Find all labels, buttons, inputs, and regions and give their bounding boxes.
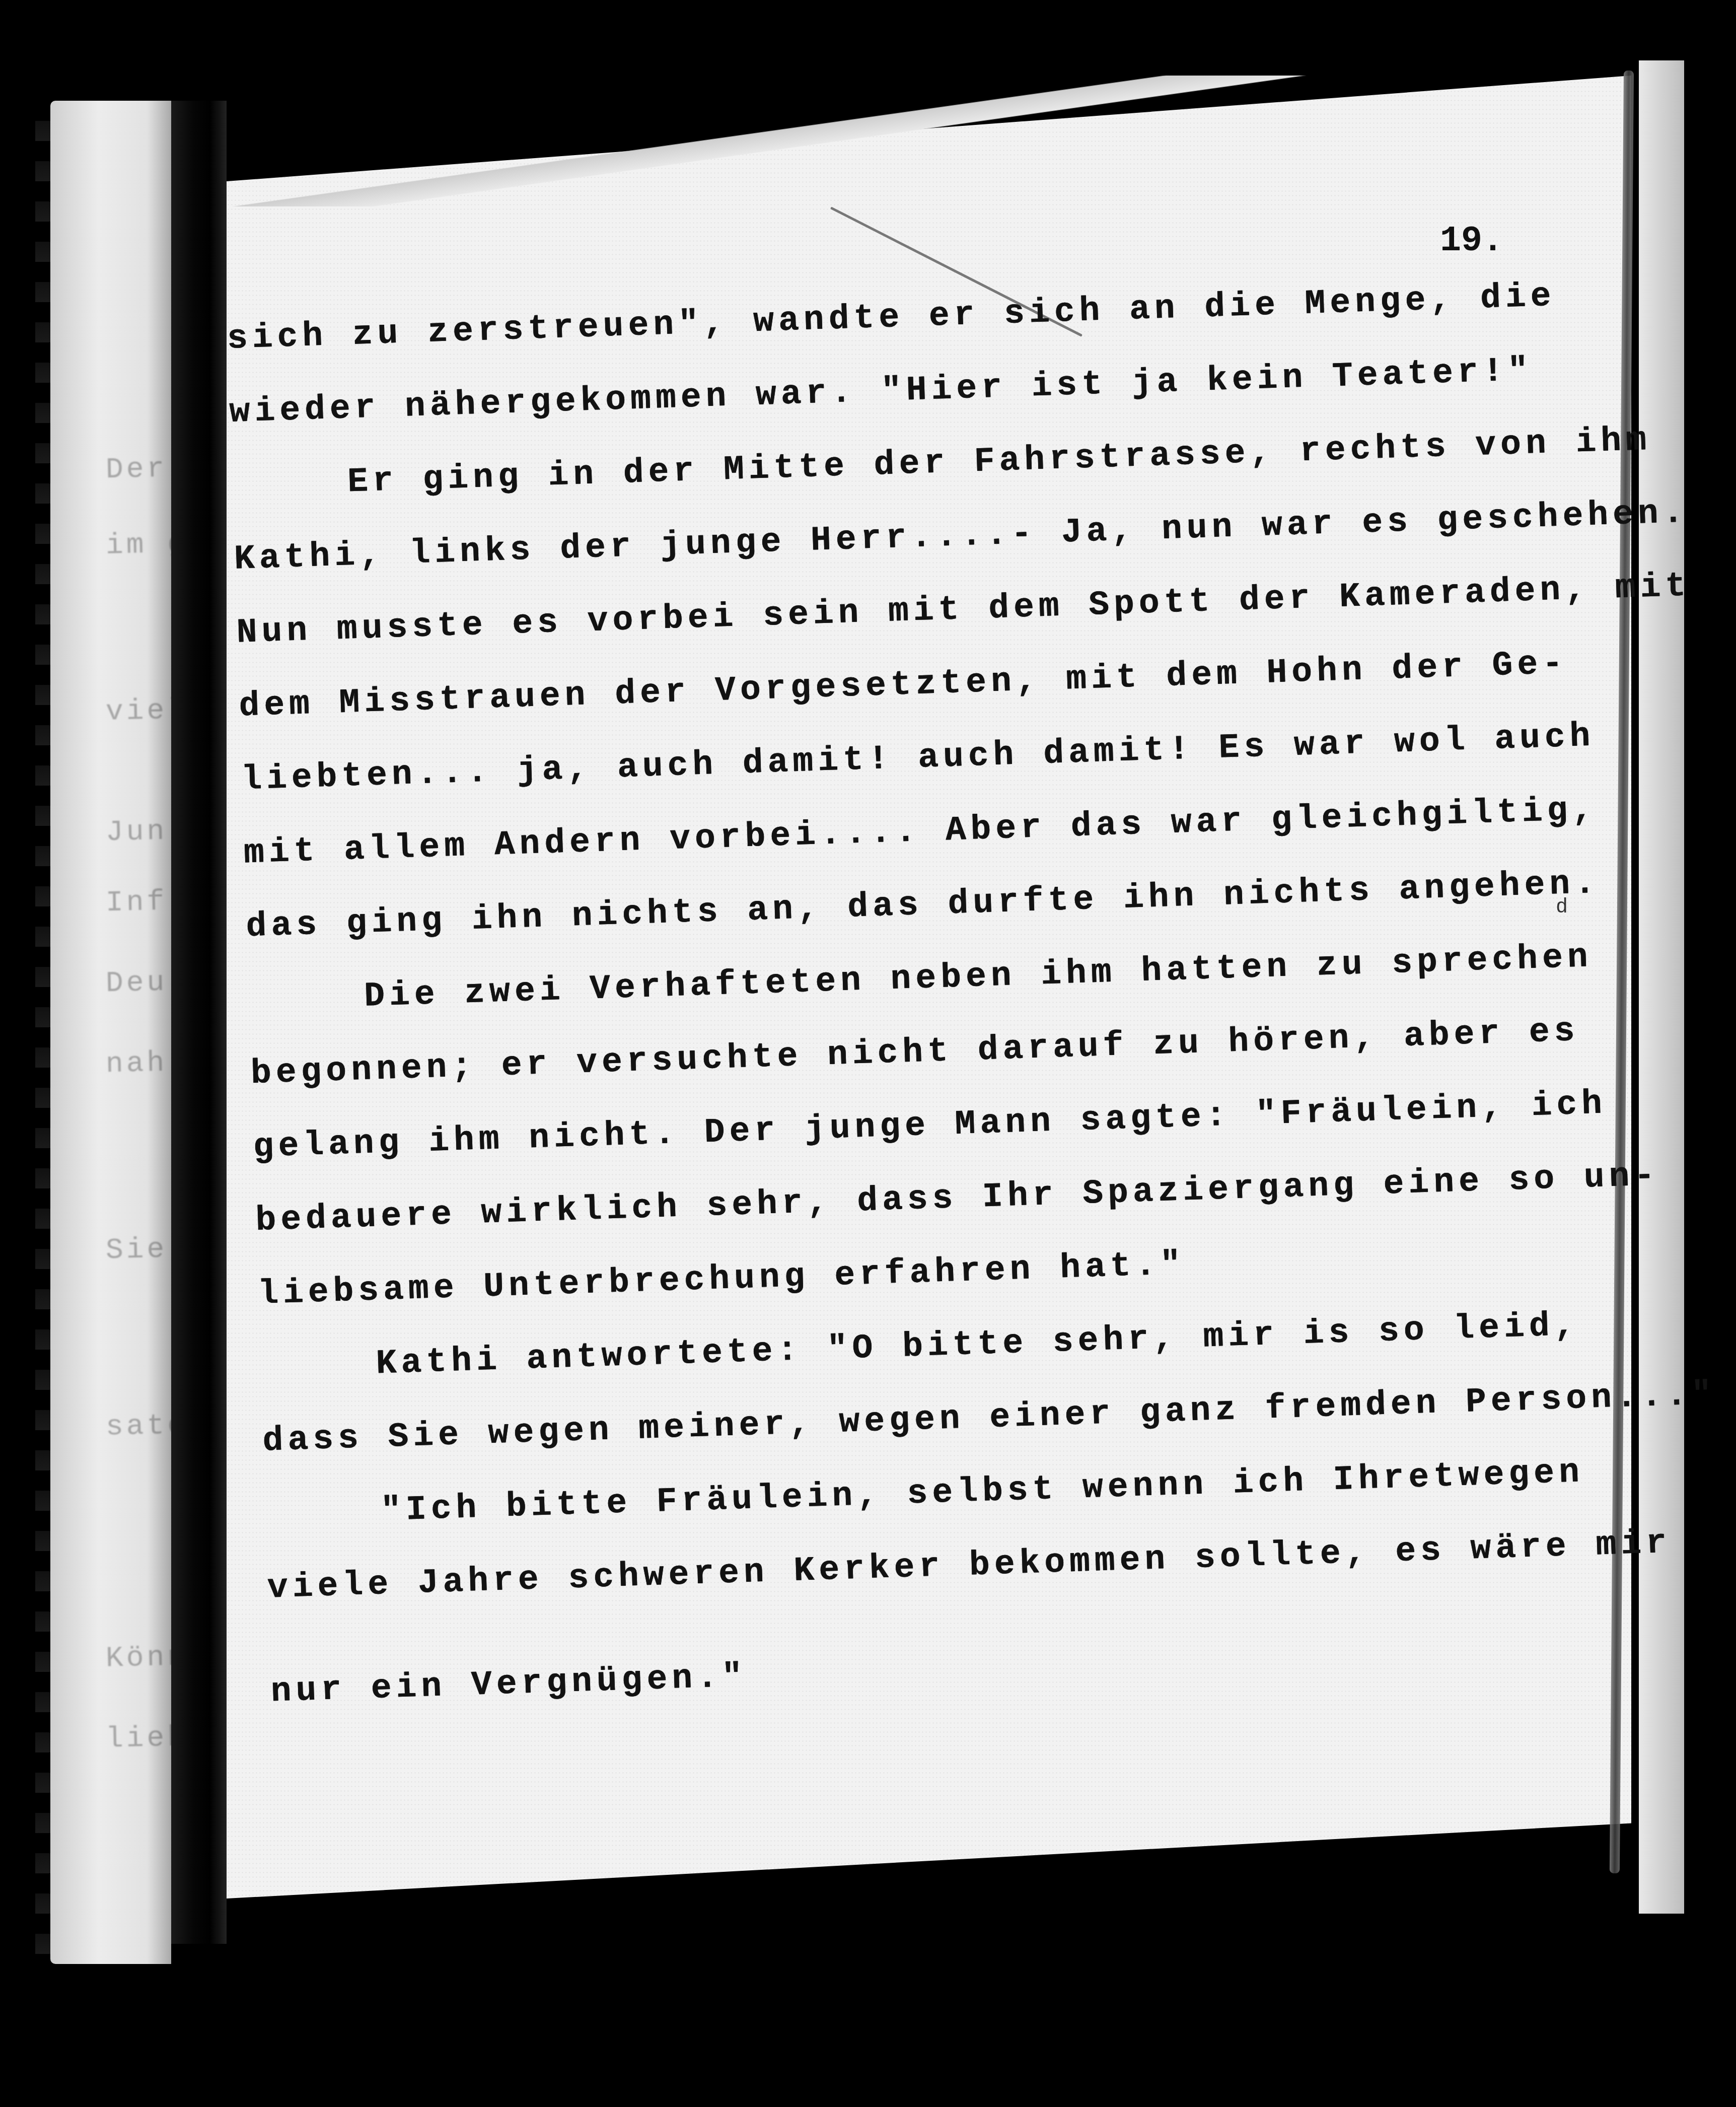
prev-fragment: Der [105,453,168,487]
prev-fragment: Jun [105,815,168,850]
prev-fragment: nah [105,1047,168,1081]
typewritten-text-body: sich zu zerstreuen", wandte er sich an d… [227,277,1682,1749]
prev-fragment: Inf [105,886,168,920]
prev-fragment: Sie [105,1233,168,1268]
margin-mark: d [1556,896,1568,919]
prev-fragment: Deu [105,966,168,1001]
page-number: 19. [1440,222,1503,261]
book-binding-shadow [171,101,227,1944]
previous-page-strip [50,101,171,1964]
